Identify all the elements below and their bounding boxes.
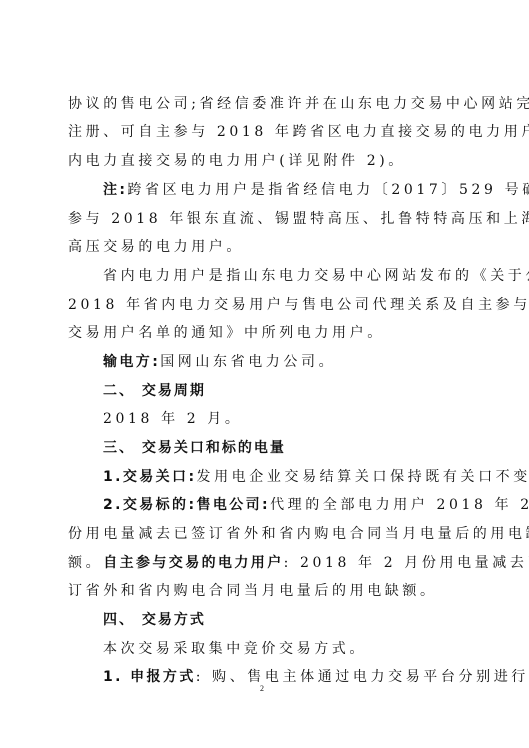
list-item: 2.交易标的:售电公司:代理的全部电力用户 2018 年 2 月 <box>103 496 462 514</box>
paragraph-line: 订省外和省内购电合同当月电量后的用电缺额。 <box>68 582 462 600</box>
line-text: 2018 年省内电力交易用户与售电公司代理关系及自主参与直接 <box>68 297 529 313</box>
paragraph-line: 省内电力用户是指山东电力交易中心网站发布的《关于公布 <box>103 267 462 285</box>
list-item: 1.交易关口:发用电企业交易结算关口保持既有关口不变。 <box>103 468 462 486</box>
list-item: 1. 申报方式: 购、售电主体通过电力交易平台分别进行电 <box>103 668 462 686</box>
heading-text: 三、 交易关口和标的电量 <box>103 440 286 456</box>
line-text: 参与 2018 年银东直流、锡盟特高压、扎鲁特特高压和上海庙特 <box>68 211 529 227</box>
line-text: 交易用户名单的通知》中所列电力用户。 <box>68 325 385 341</box>
paragraph-line: 参与 2018 年银东直流、锡盟特高压、扎鲁特特高压和上海庙特 <box>68 210 462 228</box>
note-line: 注:跨省区电力用户是指省经信电力〔2017〕529 号确定的 <box>103 181 462 199</box>
paragraph-line: 协议的售电公司;省经信委准许并在山东电力交易中心网站完成 <box>68 95 462 113</box>
heading-text: 四、 交易方式 <box>103 612 206 628</box>
heading-text: 二、 交易周期 <box>103 383 206 399</box>
document-page: 协议的售电公司;省经信委准许并在山东电力交易中心网站完成 注册、可自主参与 20… <box>0 0 529 748</box>
line-text: 订省外和省内购电合同当月电量后的用电缺额。 <box>68 583 438 599</box>
line-text: 协议的售电公司;省经信委准许并在山东电力交易中心网站完成 <box>68 96 529 112</box>
line-text: : 2018 年 2 月份用电量减去已签 <box>284 555 529 571</box>
item-label: 1.交易关口: <box>103 469 196 485</box>
line-text: 额。 <box>68 555 103 571</box>
line-text: 份用电量减去已签订省外和省内购电合同当月电量后的用电缺 <box>68 526 529 542</box>
line-text: 代理的全部电力用户 2018 年 2 月 <box>270 497 529 513</box>
note-label: 注: <box>103 182 127 198</box>
item-label: 1. 申报方式 <box>103 669 196 685</box>
transmitter-line: 输电方:国网山东省电力公司。 <box>103 353 462 371</box>
paragraph-line: 2018 年 2 月。 <box>103 410 462 428</box>
paragraph-line: 交易用户名单的通知》中所列电力用户。 <box>68 324 462 342</box>
item-label: 自主参与交易的电力用户 <box>103 555 283 571</box>
section-heading: 三、 交易关口和标的电量 <box>103 439 462 457</box>
paragraph-line: 本次交易采取集中竞价交易方式。 <box>103 640 462 658</box>
line-text: 2018 年 2 月。 <box>103 411 243 427</box>
line-text: 省内电力用户是指山东电力交易中心网站发布的《关于公布 <box>103 268 529 284</box>
item-label: 2.交易标的:售电公司: <box>103 497 270 513</box>
line-text: 跨省区电力用户是指省经信电力〔2017〕529 号确定的 <box>127 182 529 198</box>
line-text: 发用电企业交易结算关口保持既有关口不变。 <box>196 469 529 485</box>
line-text: 国网山东省电力公司。 <box>160 354 336 370</box>
section-heading: 四、 交易方式 <box>103 611 462 629</box>
paragraph-line: 内电力直接交易的电力用户(详见附件 2)。 <box>68 152 462 170</box>
paragraph-line: 额。自主参与交易的电力用户: 2018 年 2 月份用电量减去已签 <box>68 554 462 572</box>
line-text: 高压交易的电力用户。 <box>68 239 244 255</box>
paragraph-line: 注册、可自主参与 2018 年跨省区电力直接交易的电力用户和省 <box>68 123 462 141</box>
line-text: : 购、售电主体通过电力交易平台分别进行电 <box>196 669 529 685</box>
line-text: 本次交易采取集中竞价交易方式。 <box>103 641 367 657</box>
paragraph-line: 高压交易的电力用户。 <box>68 238 462 256</box>
paragraph-line: 2018 年省内电力交易用户与售电公司代理关系及自主参与直接 <box>68 296 462 314</box>
transmitter-label: 输电方: <box>103 354 160 370</box>
paragraph-line: 份用电量减去已签订省外和省内购电合同当月电量后的用电缺 <box>68 525 462 543</box>
page-number: 2 <box>260 684 264 693</box>
section-heading: 二、 交易周期 <box>103 382 462 400</box>
line-text: 内电力直接交易的电力用户(详见附件 2)。 <box>68 153 406 169</box>
line-text: 注册、可自主参与 2018 年跨省区电力直接交易的电力用户和省 <box>68 124 529 140</box>
